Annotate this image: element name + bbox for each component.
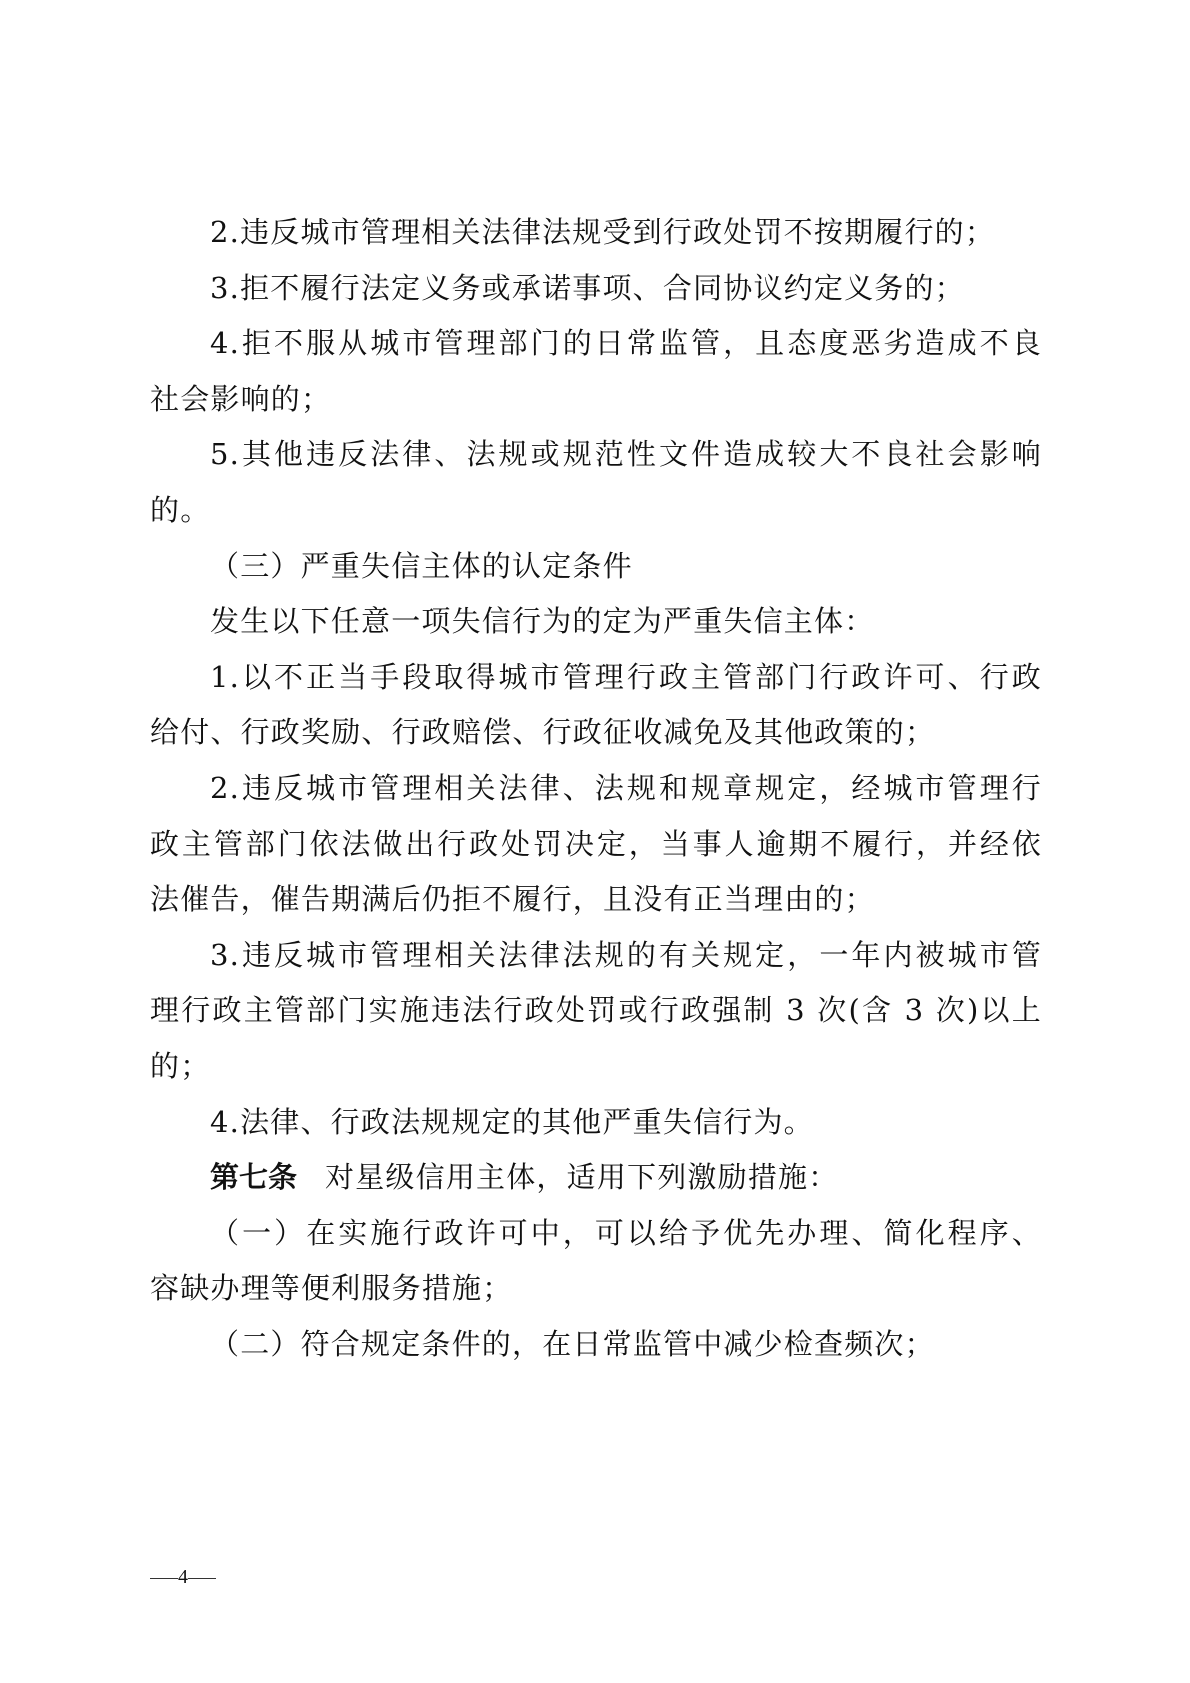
text-line: （二）符合规定条件的，在日常监管中减少检查频次； <box>150 1317 1042 1373</box>
text-line: 理行政主管部门实施违法行政处罚或行政强制 3 次(含 3 次)以上 <box>150 983 1042 1039</box>
text-line: 4.拒不服从城市管理部门的日常监管，且态度恶劣造成不良 <box>150 316 1042 372</box>
text-line: 的。 <box>150 483 1042 539</box>
text-line: 3.违反城市管理相关法律法规的有关规定，一年内被城市管 <box>150 928 1042 984</box>
text-line: 4.法律、行政法规规定的其他严重失信行为。 <box>150 1095 1042 1151</box>
article-7-line: 第七条对星级信用主体，适用下列激励措施： <box>150 1150 1042 1206</box>
text-line: 5.其他违反法律、法规或规范性文件造成较大不良社会影响 <box>150 427 1042 483</box>
footer-dash-left <box>150 1578 178 1579</box>
text-line: 2.违反城市管理相关法律、法规和规章规定，经城市管理行 <box>150 761 1042 817</box>
paragraph-lines-after-article: （一）在实施行政许可中，可以给予优先办理、简化程序、容缺办理等便利服务措施；（二… <box>150 1206 1042 1373</box>
page-footer: 4 <box>150 1566 216 1589</box>
footer-dash-right <box>188 1578 216 1579</box>
article-heading: 第七条 <box>210 1160 297 1194</box>
text-line: 社会影响的； <box>150 372 1042 428</box>
text-line: （一）在实施行政许可中，可以给予优先办理、简化程序、 <box>150 1206 1042 1262</box>
page-number: 4 <box>178 1566 188 1588</box>
document-body: 2.违反城市管理相关法律法规受到行政处罚不按期履行的；3.拒不履行法定义务或承诺… <box>150 205 1042 1372</box>
article-text: 对星级信用主体，适用下列激励措施： <box>325 1160 838 1194</box>
text-line: 法催告，催告期满后仍拒不履行，且没有正当理由的； <box>150 872 1042 928</box>
text-line: 政主管部门依法做出行政处罚决定，当事人逾期不履行，并经依 <box>150 817 1042 873</box>
text-line: 容缺办理等便利服务措施； <box>150 1261 1042 1317</box>
text-line: （三）严重失信主体的认定条件 <box>150 539 1042 595</box>
text-line: 给付、行政奖励、行政赔偿、行政征收减免及其他政策的； <box>150 705 1042 761</box>
text-line: 1.以不正当手段取得城市管理行政主管部门行政许可、行政 <box>150 650 1042 706</box>
text-line: 的； <box>150 1039 1042 1095</box>
document-page: 2.违反城市管理相关法律法规受到行政处罚不按期履行的；3.拒不履行法定义务或承诺… <box>0 0 1190 1683</box>
text-line: 发生以下任意一项失信行为的定为严重失信主体： <box>150 594 1042 650</box>
paragraph-lines-before-article: 2.违反城市管理相关法律法规受到行政处罚不按期履行的；3.拒不履行法定义务或承诺… <box>150 205 1042 1150</box>
text-line: 3.拒不履行法定义务或承诺事项、合同协议约定义务的； <box>150 261 1042 317</box>
text-line: 2.违反城市管理相关法律法规受到行政处罚不按期履行的； <box>150 205 1042 261</box>
